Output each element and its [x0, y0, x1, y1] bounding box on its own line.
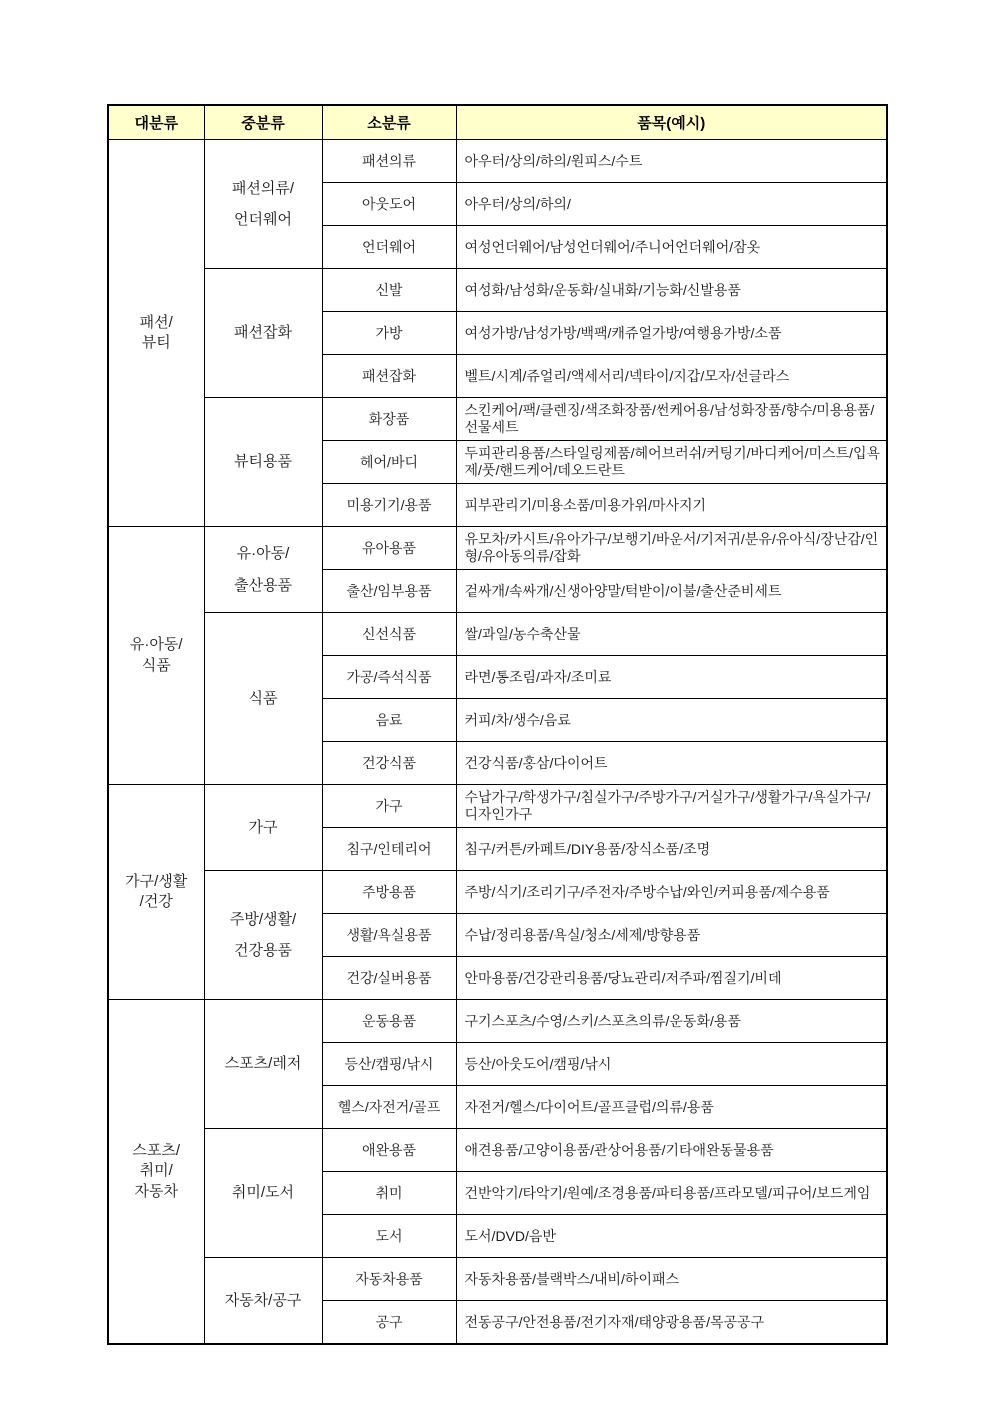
items-cell: 벨트/시계/쥬얼리/액세서리/넥타이/지갑/모자/선글라스 [456, 355, 887, 398]
major-category-cell: 패션/ 뷰티 [108, 140, 204, 527]
minor-category-cell: 패션의류 [322, 140, 456, 183]
minor-category-cell: 가구 [322, 785, 456, 828]
middle-category-cell: 주방/생활/ 건강용품 [204, 871, 322, 1000]
minor-category-cell: 도서 [322, 1215, 456, 1258]
middle-category-cell: 취미/도서 [204, 1129, 322, 1258]
table-row: 가구/생활 /건강가구가구수납가구/학생가구/침실가구/주방가구/거실가구/생활… [108, 785, 887, 828]
items-cell: 라면/통조림/과자/조미료 [456, 656, 887, 699]
minor-category-cell: 등산/캠핑/낚시 [322, 1043, 456, 1086]
minor-category-cell: 신발 [322, 269, 456, 312]
minor-category-cell: 아웃도어 [322, 183, 456, 226]
header-row: 대분류중분류소분류품목(예시) [108, 105, 887, 140]
middle-category-cell: 가구 [204, 785, 322, 871]
header-cell-items: 품목(예시) [456, 105, 887, 140]
minor-category-cell: 건강/실버용품 [322, 957, 456, 1000]
items-cell: 스킨케어/팩/클렌징/색조화장품/썬케어용/남성화장품/향수/미용용품/선물세트 [456, 398, 887, 441]
middle-category-cell: 뷰티용품 [204, 398, 322, 527]
items-cell: 여성가방/남성가방/백팩/캐쥬얼가방/여행용가방/소품 [456, 312, 887, 355]
items-cell: 쌀/과일/농수축산물 [456, 613, 887, 656]
category-table: 대분류중분류소분류품목(예시) 패션/ 뷰티패션의류/ 언더웨어패션의류아우터/… [107, 104, 888, 1345]
items-cell: 건강식품/홍삼/다이어트 [456, 742, 887, 785]
middle-category-cell: 식품 [204, 613, 322, 785]
items-cell: 수납/정리용품/욕실/청소/세제/방향용품 [456, 914, 887, 957]
items-cell: 안마용품/건강관리용품/당뇨관리/저주파/찜질기/비데 [456, 957, 887, 1000]
items-cell: 건반악기/타악기/원예/조경용품/파티용품/프라모델/피규어/보드게임 [456, 1172, 887, 1215]
minor-category-cell: 공구 [322, 1301, 456, 1345]
minor-category-cell: 언더웨어 [322, 226, 456, 269]
items-cell: 도서/DVD/음반 [456, 1215, 887, 1258]
items-cell: 전동공구/안전용품/전기자재/태양광용품/목공공구 [456, 1301, 887, 1345]
minor-category-cell: 미용기기/용품 [322, 484, 456, 527]
header-cell-minor: 소분류 [322, 105, 456, 140]
items-cell: 침구/커튼/카페트/DIY용품/장식소품/조명 [456, 828, 887, 871]
minor-category-cell: 화장품 [322, 398, 456, 441]
table-row: 주방/생활/ 건강용품주방용품주방/식기/조리기구/주전자/주방수납/와인/커피… [108, 871, 887, 914]
items-cell: 피부관리기/미용소품/미용가위/마사지기 [456, 484, 887, 527]
minor-category-cell: 운동용품 [322, 1000, 456, 1043]
middle-category-cell: 스포츠/레저 [204, 1000, 322, 1129]
major-category-cell: 유·아동/ 식품 [108, 527, 204, 785]
items-cell: 애견용품/고양이용품/관상어용품/기타애완동물용품 [456, 1129, 887, 1172]
table-row: 패션잡화신발여성화/남성화/운동화/실내화/기능화/신발용품 [108, 269, 887, 312]
minor-category-cell: 음료 [322, 699, 456, 742]
table-header: 대분류중분류소분류품목(예시) [108, 105, 887, 140]
minor-category-cell: 헤어/바디 [322, 441, 456, 484]
minor-category-cell: 가방 [322, 312, 456, 355]
minor-category-cell: 신선식품 [322, 613, 456, 656]
middle-category-cell: 패션잡화 [204, 269, 322, 398]
items-cell: 커피/차/생수/음료 [456, 699, 887, 742]
items-cell: 아우터/상의/하의/ [456, 183, 887, 226]
items-cell: 등산/아웃도어/캠핑/낚시 [456, 1043, 887, 1086]
minor-category-cell: 건강식품 [322, 742, 456, 785]
minor-category-cell: 헬스/자전거/골프 [322, 1086, 456, 1129]
items-cell: 아우터/상의/하의/원피스/수트 [456, 140, 887, 183]
minor-category-cell: 자동차용품 [322, 1258, 456, 1301]
minor-category-cell: 가공/즉석식품 [322, 656, 456, 699]
items-cell: 자전거/헬스/다이어트/골프클럽/의류/용품 [456, 1086, 887, 1129]
minor-category-cell: 유아용품 [322, 527, 456, 570]
table-row: 스포츠/ 취미/ 자동차스포츠/레저운동용품구기스포츠/수영/스키/스포츠의류/… [108, 1000, 887, 1043]
document-page: 대분류중분류소분류품목(예시) 패션/ 뷰티패션의류/ 언더웨어패션의류아우터/… [0, 0, 992, 1403]
items-cell: 겉싸개/속싸개/신생아양말/턱받이/이불/출산준비세트 [456, 570, 887, 613]
major-category-cell: 가구/생활 /건강 [108, 785, 204, 1000]
items-cell: 수납가구/학생가구/침실가구/주방가구/거실가구/생활가구/욕실가구/디자인가구 [456, 785, 887, 828]
table-row: 유·아동/ 식품유·아동/ 출산용품유아용품유모차/카시트/유아가구/보행기/바… [108, 527, 887, 570]
minor-category-cell: 출산/임부용품 [322, 570, 456, 613]
items-cell: 구기스포츠/수영/스키/스포츠의류/운동화/용품 [456, 1000, 887, 1043]
major-category-cell: 스포츠/ 취미/ 자동차 [108, 1000, 204, 1345]
header-cell-major: 대분류 [108, 105, 204, 140]
minor-category-cell: 패션잡화 [322, 355, 456, 398]
table-body: 패션/ 뷰티패션의류/ 언더웨어패션의류아우터/상의/하의/원피스/수트아웃도어… [108, 140, 887, 1345]
items-cell: 주방/식기/조리기구/주전자/주방수납/와인/커피용품/제수용품 [456, 871, 887, 914]
minor-category-cell: 생활/욕실용품 [322, 914, 456, 957]
table-row: 취미/도서애완용품애견용품/고양이용품/관상어용품/기타애완동물용품 [108, 1129, 887, 1172]
items-cell: 여성언더웨어/남성언더웨어/주니어언더웨어/잠옷 [456, 226, 887, 269]
table-row: 식품신선식품쌀/과일/농수축산물 [108, 613, 887, 656]
table-row: 뷰티용품화장품스킨케어/팩/클렌징/색조화장품/썬케어용/남성화장품/향수/미용… [108, 398, 887, 441]
items-cell: 두피관리용품/스타일링제품/헤어브러쉬/커팅기/바디케어/미스트/입욕제/풋/핸… [456, 441, 887, 484]
minor-category-cell: 주방용품 [322, 871, 456, 914]
header-cell-middle: 중분류 [204, 105, 322, 140]
items-cell: 유모차/카시트/유아가구/보행기/바운서/기저귀/분유/유아식/장난감/인형/유… [456, 527, 887, 570]
middle-category-cell: 패션의류/ 언더웨어 [204, 140, 322, 269]
table-row: 자동차/공구자동차용품자동차용품/블랙박스/내비/하이패스 [108, 1258, 887, 1301]
middle-category-cell: 유·아동/ 출산용품 [204, 527, 322, 613]
minor-category-cell: 취미 [322, 1172, 456, 1215]
minor-category-cell: 애완용품 [322, 1129, 456, 1172]
items-cell: 여성화/남성화/운동화/실내화/기능화/신발용품 [456, 269, 887, 312]
table-row: 패션/ 뷰티패션의류/ 언더웨어패션의류아우터/상의/하의/원피스/수트 [108, 140, 887, 183]
items-cell: 자동차용품/블랙박스/내비/하이패스 [456, 1258, 887, 1301]
minor-category-cell: 침구/인테리어 [322, 828, 456, 871]
middle-category-cell: 자동차/공구 [204, 1258, 322, 1345]
